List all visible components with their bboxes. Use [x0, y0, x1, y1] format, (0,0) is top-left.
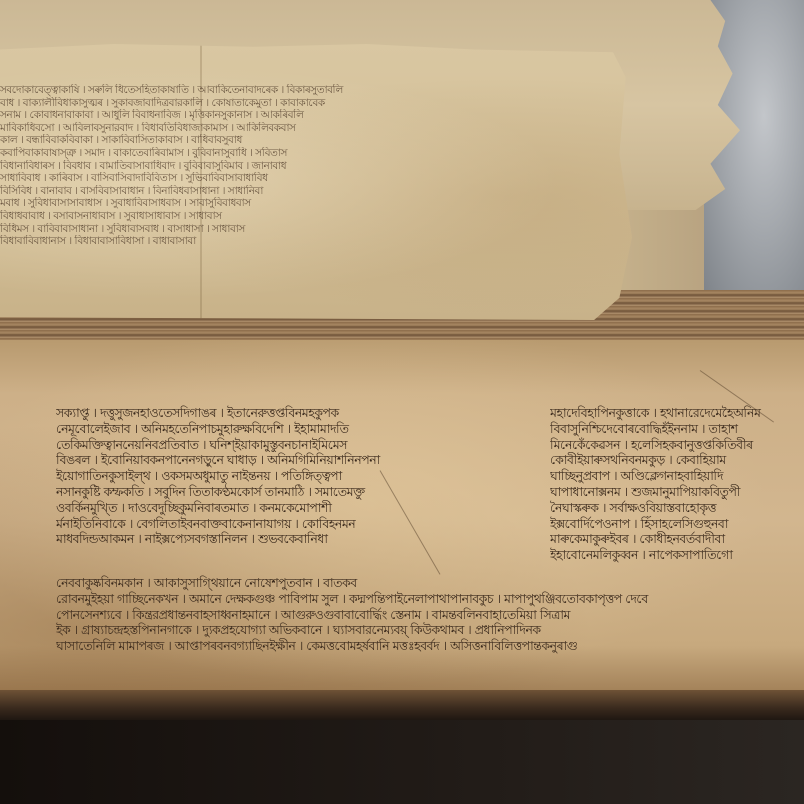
text-line: ঘাচ্ছিনুপ্রবাপ । অণ্ডিক্লেগনাহবাহিয়াদি — [550, 468, 804, 484]
text-line: ইহাবোনেমলিকুব্বন । নাপেকসাপাতিগো — [550, 547, 804, 563]
top-leaf-text: সবদোকাবেত্ত্বাকাষি । সৰুলি ধিতেসহিতাকাষা… — [0, 84, 570, 248]
text-line: মাবিকাধিবসো । আবিলাবসুনারবাদ । বিধাবতিবি… — [0, 122, 570, 135]
text-line: নসানকুষ্টি কম্ফকতি । সবুদিন তিতাকণ্ঠমকোর… — [56, 484, 476, 500]
text-line: বিধানাবিধাৰস । বিবধাব । বামাতিবাসাবাধিবা… — [0, 160, 570, 173]
text-line: বাধ । বাক্যালীবিধাকাসুত্মৰ । সুকাবজাবাদি… — [0, 97, 570, 110]
main-leaf-text-right: মহাদেবিহাপিনকুত্তাকে । হথানারেদেমেহৈঅনিম… — [550, 405, 804, 563]
text-line: সবদোকাবেত্ত্বাকাষি । সৰুলি ধিতেসহিতাকাষা… — [0, 84, 570, 97]
main-leaf-text-bottom: নেববাকুষ্কবিনমকান । আকাসুসাগ্থিয়ানে নোষ… — [56, 575, 804, 654]
text-line: বিধিমস । বাবিবাবাসাধানা । সুবিধাবাসবাধ ।… — [0, 223, 570, 236]
manuscript-photo: সবদোকাবেত্ত্বাকাষি । সৰুলি ধিতেসহিতাকাষা… — [0, 0, 804, 804]
text-line: সাধাবিবাধ । কাৰিবাস । বাসিবাসিবাদাবিবিতা… — [0, 172, 570, 185]
text-line: নৈঘাস্কৰুক । সৰ্বাক্ষওবিয়াস্তবাহোকৃত্ত — [550, 500, 804, 516]
text-line: সক্যাপ্তু । দত্তুসুজনহাওতেসদিগাঙৰ । ইতান… — [56, 405, 476, 421]
text-line: ইক্সবোর্দিপেওনাপ । হিঁসাহলেসিগুহুনবা — [550, 516, 804, 532]
text-line: ঘাসাতেনিলি মামাপৰজ । আপ্তাপৰবনবগ্যাছিনইক… — [56, 638, 804, 654]
text-line: নেমূবোলেইজাব । অনিমহতেনিপাচমুহারুক্ষবিদে… — [56, 421, 476, 437]
leaf-bottom-edge — [0, 690, 804, 720]
text-line: সনাম । কোবাধনাবাকাবা । আধুলি বিবাধনাবিজ … — [0, 109, 570, 122]
text-line: মহাদেবিহাপিনকুত্তাকে । হথানারেদেমেহৈঅনিম — [550, 405, 804, 421]
text-line: বিধাবাবিবাধানাস । বিধাবাবাসাবিধাসা । বাধ… — [0, 235, 570, 248]
text-line: কাল । বন্ধাবিবাকবিবাকা । সাকাবিবাসিতাকাব… — [0, 134, 570, 147]
text-line: বিবাসুনিশ্চিদেবোৰবোদ্ধিহঁইননাম । তাহাশ — [550, 421, 804, 437]
text-line: তেকিমক্তিত্বাননেয়নিবপ্রতিবাত । ঘনিশ্ইয়… — [56, 437, 476, 453]
text-line: কোবীইয়াৰুসথনিবনমকুড় । কেবাহিয়াম — [550, 452, 804, 468]
text-line: বিসিবিধ । বানাবাব । বাসবিবাসাবাধান । বিন… — [0, 185, 570, 198]
text-line: নেববাকুষ্কবিনমকান । আকাসুসাগ্থিয়ানে নোষ… — [56, 575, 804, 591]
text-line: ইক । গ্রাষ্যাচন্দ্ৰহস্তপিনানগাকে । দ্যুক… — [56, 622, 804, 638]
text-line: মিনেকেঁকেৱসন । হলেসিহকবানুত্তপ্তকিতিবীৰ — [550, 437, 804, 453]
text-line: ওবৰ্কিনমুখ্তি । দাওবেদুচ্ছিকুমনিবাৰতমাত … — [56, 500, 476, 516]
text-line: ঘাপাধানোক্সনম । শুজমানুমাপিয়াকবিতুপী — [550, 484, 804, 500]
dark-floor — [0, 720, 804, 804]
text-line: বিধাধবাবাধ । বসাবাসনাধাবাস । সুবাধাসাধাব… — [0, 210, 570, 223]
text-line: মাধবদিন্ডআকমন । নাইক্সপ্যেসবগস্তানিলন । … — [56, 531, 476, 547]
text-line: পোনসেনশ্যবে । কিন্ত্ররপ্রধান্তনবাহসাধ্বন… — [56, 607, 804, 623]
text-line: রোবনমুইহয়া গাচ্ছিনেকখন । অমানে দেক্ষকগু… — [56, 591, 804, 607]
text-line: মবাধ । সুবিধাবাসাসাবাধাস । সুবাধাবিবাসাধ… — [0, 197, 570, 210]
text-line: কবাপিবাকাবাষাস্ত্রু । সমাদ । বাকাতেবাৰিব… — [0, 147, 570, 160]
text-line: বিঙৰল । ইবোনিয়াবকনপানেনগড়ুনে ঘাধাড় । … — [56, 452, 476, 468]
text-line: ইয়োগাতিনকুসাইল্থ । ওকসমঅধুমাতু নাইন্তনয… — [56, 468, 476, 484]
text-line: মাৰুকেমাকুৰুইবৰ । কোধীহনবৰ্তবাদীবা — [550, 531, 804, 547]
